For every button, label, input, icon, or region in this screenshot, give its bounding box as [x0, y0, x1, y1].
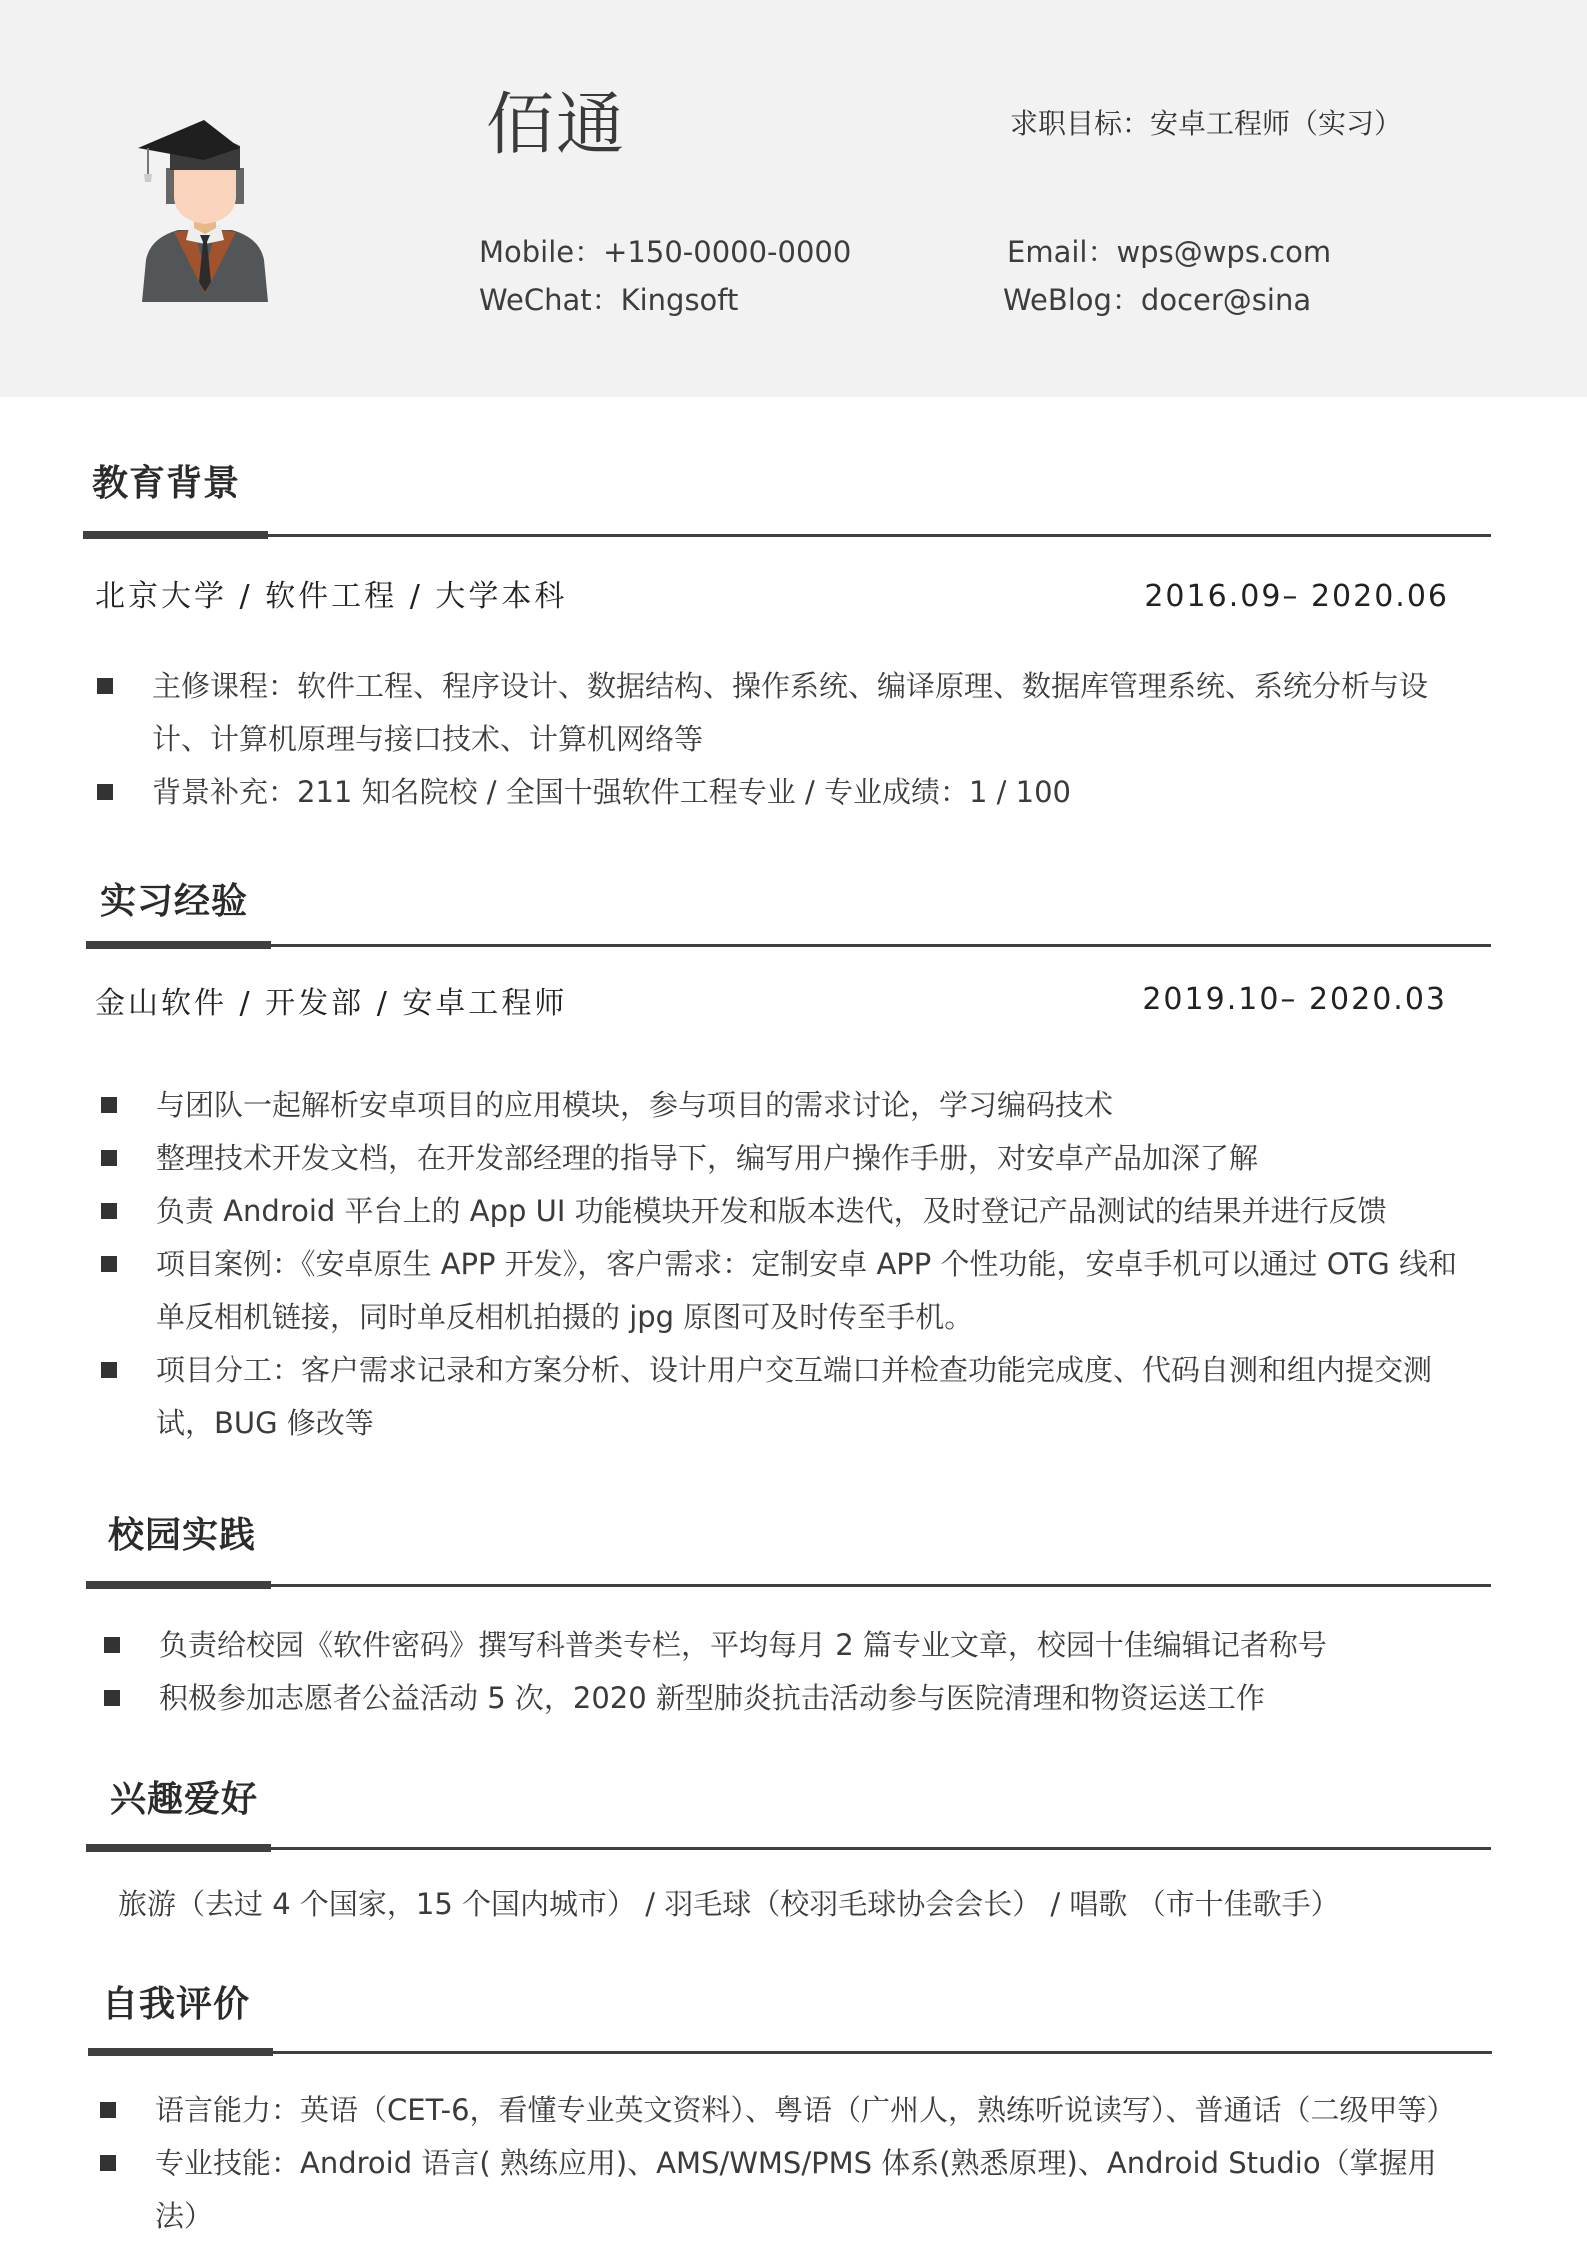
section-divider-accent — [83, 531, 268, 539]
bullet-square-icon — [101, 1256, 117, 1272]
bullet-text: 项目分工：客户需求记录和方案分析、设计用户交互端口并检查功能完成度、代码自测和组… — [156, 1344, 1466, 1450]
section-divider — [86, 1847, 1491, 1850]
bullet-square-icon — [97, 678, 113, 694]
bullet-square-icon — [104, 1637, 120, 1653]
bullet-square-icon — [100, 2102, 116, 2118]
section-title-education: 教育背景 — [92, 462, 240, 506]
bullet-square-icon — [101, 1362, 117, 1378]
section-title-hobbies: 兴趣爱好 — [110, 1778, 258, 1822]
bullet-text: 背景补充：211 知名院校 / 全国十强软件工程专业 / 专业成绩：1 / 10… — [152, 766, 1462, 819]
internship-date: 2019.10– 2020.03 — [1142, 980, 1447, 1020]
bullet-text: 负责 Android 平台上的 App UI 功能模块开发和版本迭代，及时登记产… — [156, 1185, 1466, 1238]
contact-weblog: WeBlog：docer@sina — [1003, 280, 1311, 320]
section-title-self-evaluation: 自我评价 — [102, 1983, 250, 2027]
bullet-text: 语言能力：英语（CET-6，看懂专业英文资料）、粤语（广州人，熟练听说读写）、普… — [155, 2084, 1475, 2137]
bullet-text: 主修课程：软件工程、程序设计、数据结构、操作系统、编译原理、数据库管理系统、系统… — [152, 660, 1462, 766]
bullet-square-icon — [101, 1097, 117, 1113]
section-divider — [86, 944, 1491, 947]
bullet-square-icon — [101, 1203, 117, 1219]
contact-mobile: Mobile：+150-0000-0000 — [479, 232, 851, 272]
contact-email: Email：wps@wps.com — [1007, 232, 1331, 272]
bullet-text: 积极参加志愿者公益活动 5 次，2020 新型肺炎抗击活动参与医院清理和物资运送… — [159, 1672, 1469, 1725]
candidate-name: 佰通 — [486, 86, 626, 166]
bullet-text: 与团队一起解析安卓项目的应用模块，参与项目的需求讨论，学习编码技术 — [156, 1079, 1466, 1132]
section-divider-accent — [88, 2048, 273, 2056]
resume-header: 佰通 求职目标：安卓工程师（实习） Mobile：+150-0000-0000 … — [0, 0, 1587, 397]
job-objective: 求职目标：安卓工程师（实习） — [1010, 104, 1402, 144]
bullet-text: 负责给校园《软件密码》撰写科普类专栏，平均每月 2 篇专业文章，校园十佳编辑记者… — [159, 1619, 1469, 1672]
section-title-campus: 校园实践 — [108, 1514, 256, 1558]
contact-wechat: WeChat：Kingsoft — [479, 280, 738, 320]
bullet-square-icon — [101, 1150, 117, 1166]
bullet-text: 项目案例：《安卓原生 APP 开发》，客户需求：定制安卓 APP 个性功能，安卓… — [156, 1238, 1466, 1344]
section-divider — [88, 2051, 1492, 2054]
bullet-square-icon — [104, 1690, 120, 1706]
internship-entry: 金山软件 / 开发部 / 安卓工程师 — [95, 984, 567, 1024]
section-divider-accent — [86, 941, 271, 949]
section-divider-accent — [86, 1581, 271, 1589]
bullet-square-icon — [97, 784, 113, 800]
section-divider-accent — [86, 1844, 271, 1852]
education-date: 2016.09– 2020.06 — [1144, 577, 1449, 617]
bullet-square-icon — [100, 2155, 116, 2171]
graduate-avatar-icon — [138, 120, 272, 304]
section-divider — [86, 1584, 1491, 1587]
hobbies-text: 旅游（去过 4 个国家，15 个国内城市） / 羽毛球（校羽毛球协会会长） / … — [118, 1884, 1340, 1924]
section-title-internship: 实习经验 — [100, 880, 248, 924]
education-entry: 北京大学 / 软件工程 / 大学本科 — [95, 577, 567, 617]
section-divider — [83, 534, 1491, 537]
bullet-text: 整理技术开发文档，在开发部经理的指导下，编写用户操作手册，对安卓产品加深了解 — [156, 1132, 1466, 1185]
bullet-text: 专业技能：Android 语言( 熟练应用)、AMS/WMS/PMS 体系(熟悉… — [155, 2137, 1475, 2243]
